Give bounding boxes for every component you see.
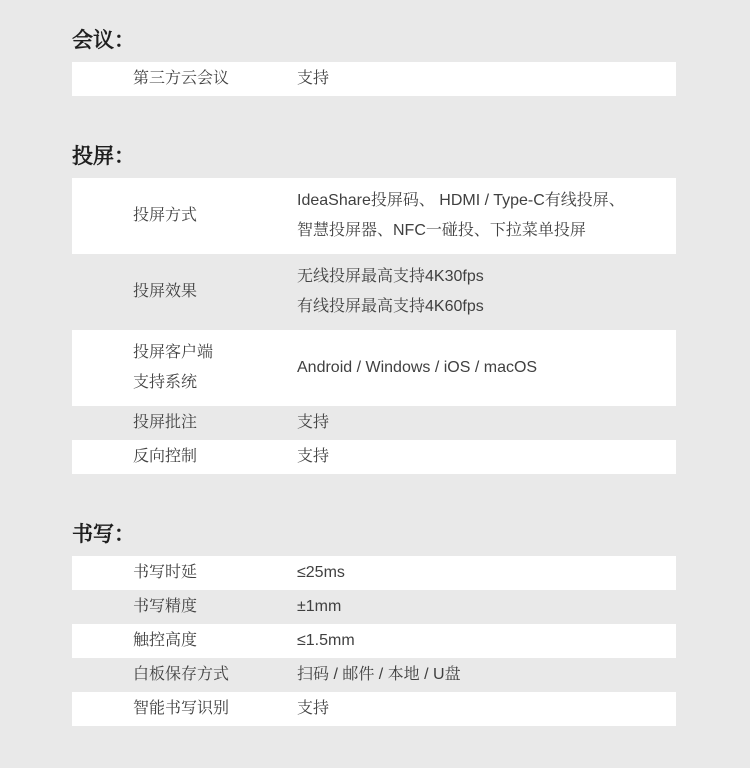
spec-section: 书写： 书写时延 ≤25ms 书写精度 ±1mm 触控高度 ≤1.5mm 白板保… [72,520,676,726]
spec-value: 支持 [297,442,676,472]
spec-content: 会议： 第三方云会议 支持 投屏： 投屏方式 IdeaShare投屏码、 HDM… [0,0,676,726]
spec-label: 书写时延 [133,558,297,588]
spec-value: ≤1.5mm [297,626,676,656]
spec-value: Android / Windows / iOS / macOS [297,353,676,383]
spec-value: 扫码 / 邮件 / 本地 / U盘 [297,660,676,690]
section-title: 投屏： [72,142,676,172]
spec-value: 无线投屏最高支持4K30fps 有线投屏最高支持4K60fps [297,262,676,322]
spec-row: 投屏批注 支持 [72,406,676,440]
section-title: 书写： [72,520,676,550]
section-rows: 书写时延 ≤25ms 书写精度 ±1mm 触控高度 ≤1.5mm 白板保存方式 … [72,556,676,726]
spec-label: 投屏客户端 支持系统 [133,338,297,398]
spec-label: 智能书写识别 [133,694,297,724]
spec-row: 反向控制 支持 [72,440,676,474]
spec-label: 投屏批注 [133,408,297,438]
spec-row: 投屏方式 IdeaShare投屏码、 HDMI / Type-C有线投屏、 智慧… [72,178,676,254]
spec-row: 投屏效果 无线投屏最高支持4K30fps 有线投屏最高支持4K60fps [72,254,676,330]
spec-row: 白板保存方式 扫码 / 邮件 / 本地 / U盘 [72,658,676,692]
section-rows: 第三方云会议 支持 [72,62,676,96]
spec-row: 书写精度 ±1mm [72,590,676,624]
section-title: 会议： [72,26,676,56]
spec-label: 白板保存方式 [133,660,297,690]
spec-label: 第三方云会议 [133,64,297,94]
spec-row: 投屏客户端 支持系统 Android / Windows / iOS / mac… [72,330,676,406]
spec-row: 书写时延 ≤25ms [72,556,676,590]
spec-value: 支持 [297,408,676,438]
spec-label: 投屏效果 [133,277,297,307]
spec-value: 支持 [297,694,676,724]
spec-label: 书写精度 [133,592,297,622]
spec-label: 反向控制 [133,442,297,472]
spec-section: 会议： 第三方云会议 支持 [72,26,676,96]
section-rows: 投屏方式 IdeaShare投屏码、 HDMI / Type-C有线投屏、 智慧… [72,178,676,474]
spec-row: 智能书写识别 支持 [72,692,676,726]
spec-label: 投屏方式 [133,201,297,231]
spec-sheet: 会议： 第三方云会议 支持 投屏： 投屏方式 IdeaShare投屏码、 HDM… [0,0,750,768]
spec-row: 触控高度 ≤1.5mm [72,624,676,658]
spec-value: ≤25ms [297,558,676,588]
spec-label: 触控高度 [133,626,297,656]
spec-value: ±1mm [297,592,676,622]
spec-value: 支持 [297,64,676,94]
spec-section: 投屏： 投屏方式 IdeaShare投屏码、 HDMI / Type-C有线投屏… [72,142,676,474]
spec-row: 第三方云会议 支持 [72,62,676,96]
spec-value: IdeaShare投屏码、 HDMI / Type-C有线投屏、 智慧投屏器、N… [297,186,676,246]
